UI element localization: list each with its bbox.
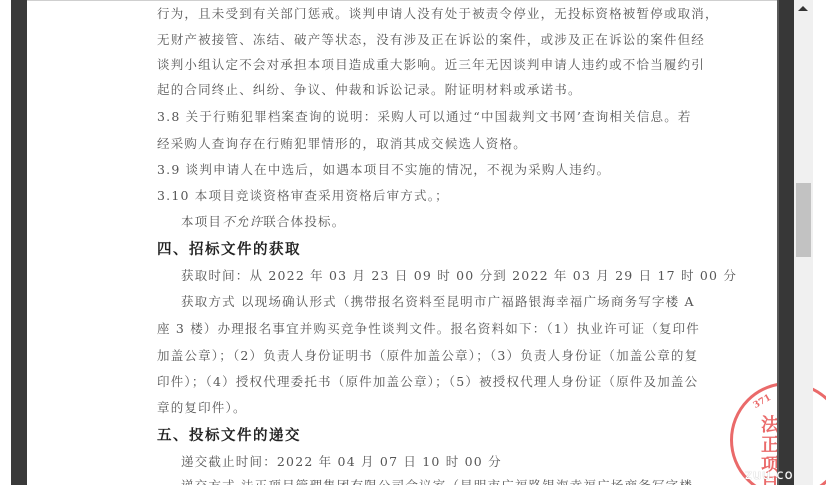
text-line: 起的合同终止、纠纷、争议、仲裁和诉讼记录。附证明材料或承诺书。 — [157, 80, 582, 98]
left-viewer-border — [11, 0, 27, 485]
document-page — [27, 0, 777, 493]
clause-3-10: 3.10 本项目竞谈资格审查采用资格后审方式。； — [157, 186, 449, 204]
scroll-up-arrow-icon[interactable] — [798, 6, 808, 11]
consortium-prefix: 本项目 — [181, 214, 222, 229]
text-line: 谈判小组认定不会对承担本项目造成重大影响。近三年无因谈判申请人违约或不恰当履约引 — [157, 55, 705, 73]
stamp-number: 371 — [752, 393, 773, 411]
acquisition-method-line4: 印件）；（4）授权代理委托书（原件加盖公章）；（5）被授权代理人身份证（原件及加… — [157, 372, 698, 390]
acquisition-method-line5: 章的复印件）。 — [157, 398, 247, 416]
consortium-suffix: 联合体投标。 — [263, 214, 345, 229]
section-5-heading: 五、投标文件的递交 — [157, 424, 301, 445]
bottom-strip — [0, 485, 826, 493]
acquisition-method-line1: 获取方式 以现场确认形式（携带报名资料至昆明市广福路银海幸福广场商务写字楼 A — [157, 292, 695, 310]
text-line: 无财产被接管、冻结、破产等状态，没有涉及正在诉讼的案件，或涉及正在诉讼的案件但经 — [157, 30, 705, 48]
right-viewer-border — [777, 0, 794, 485]
consortium-note: 本项目不允许联合体投标。 — [157, 212, 345, 230]
watermark: zuu.co — [745, 468, 794, 483]
clause-3-8-line2: 经采购人查询存在行贿犯罪情形的，取消其成交候选人资格。 — [157, 134, 527, 152]
acquisition-method-line3: 加盖公章）；（2）负责人身份证明书（原件加盖公章）；（3）负责人身份证（加盖公章… — [157, 346, 698, 364]
submission-deadline: 递交截止时间：2022 年 04 月 07 日 10 时 00 分 — [157, 452, 502, 470]
section-4-heading: 四、招标文件的获取 — [157, 238, 301, 259]
scrollbar-thumb[interactable] — [796, 183, 811, 257]
clause-3-9: 3.9 谈判申请人在中选后，如遇本项目不实施的情况，不视为采购人违约。 — [157, 160, 610, 178]
acquisition-method-line2: 座 3 楼）办理报名事宜并购买竞争性谈判文件。报名资料如下：（1）执业许可证（复… — [157, 319, 700, 337]
page-top-edge — [27, 0, 777, 1]
vertical-scrollbar[interactable] — [794, 0, 813, 485]
consortium-italic: 不允许 — [222, 214, 263, 229]
acquisition-time: 获取时间：从 2022 年 03 月 23 日 09 时 00 分到 2022 … — [157, 266, 737, 284]
clause-3-8-line1: 3.8 关于行贿犯罪档案查询的说明：采购人可以通过“中国裁判文书网’查询相关信息… — [157, 107, 692, 125]
text-line: 行为，且未受到有关部门惩戒。谈判申请人没有处于被责令停业，无投标资格被暂停或取消… — [157, 4, 719, 22]
